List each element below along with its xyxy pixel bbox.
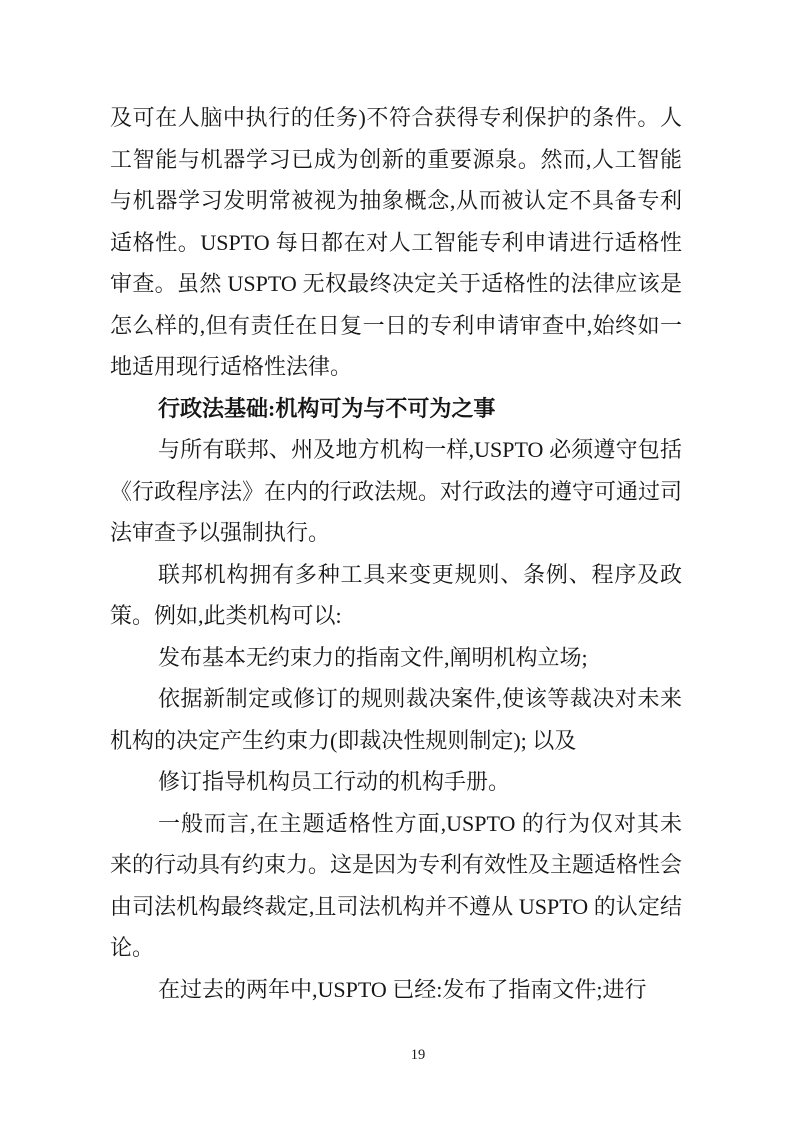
paragraph: 联邦机构拥有多种工具来变更规则、条例、程序及政策。例如,此类机构可以: bbox=[110, 554, 682, 637]
paragraph: 与所有联邦、州及地方机构一样,USPTO 必须遵守包括《行政程序法》在内的行政法… bbox=[110, 429, 682, 554]
page-body-text: 及可在人脑中执行的任务)不符合获得专利保护的条件。人工智能与机器学习已成为创新的… bbox=[110, 97, 682, 1010]
continued-paragraph: 及可在人脑中执行的任务)不符合获得专利保护的条件。人工智能与机器学习已成为创新的… bbox=[110, 97, 682, 388]
list-paragraph: 依据新制定或修订的规则裁决案件,使该等裁决对未来机构的决定产生约束力(即裁决性规… bbox=[110, 678, 682, 761]
document-page: 及可在人脑中执行的任务)不符合获得专利保护的条件。人工智能与机器学习已成为创新的… bbox=[0, 0, 793, 1122]
list-paragraph: 修订指导机构员工行动的机构手册。 bbox=[110, 761, 682, 803]
paragraph: 一般而言,在主题适格性方面,USPTO 的行为仅对其未来的行动具有约束力。这是因… bbox=[110, 803, 682, 969]
list-paragraph: 发布基本无约束力的指南文件,阐明机构立场; bbox=[110, 637, 682, 679]
page-number: 19 bbox=[43, 1046, 793, 1064]
paragraph: 在过去的两年中,USPTO 已经:发布了指南文件;进行 bbox=[110, 969, 682, 1011]
section-heading: 行政法基础:机构可为与不可为之事 bbox=[110, 388, 682, 430]
